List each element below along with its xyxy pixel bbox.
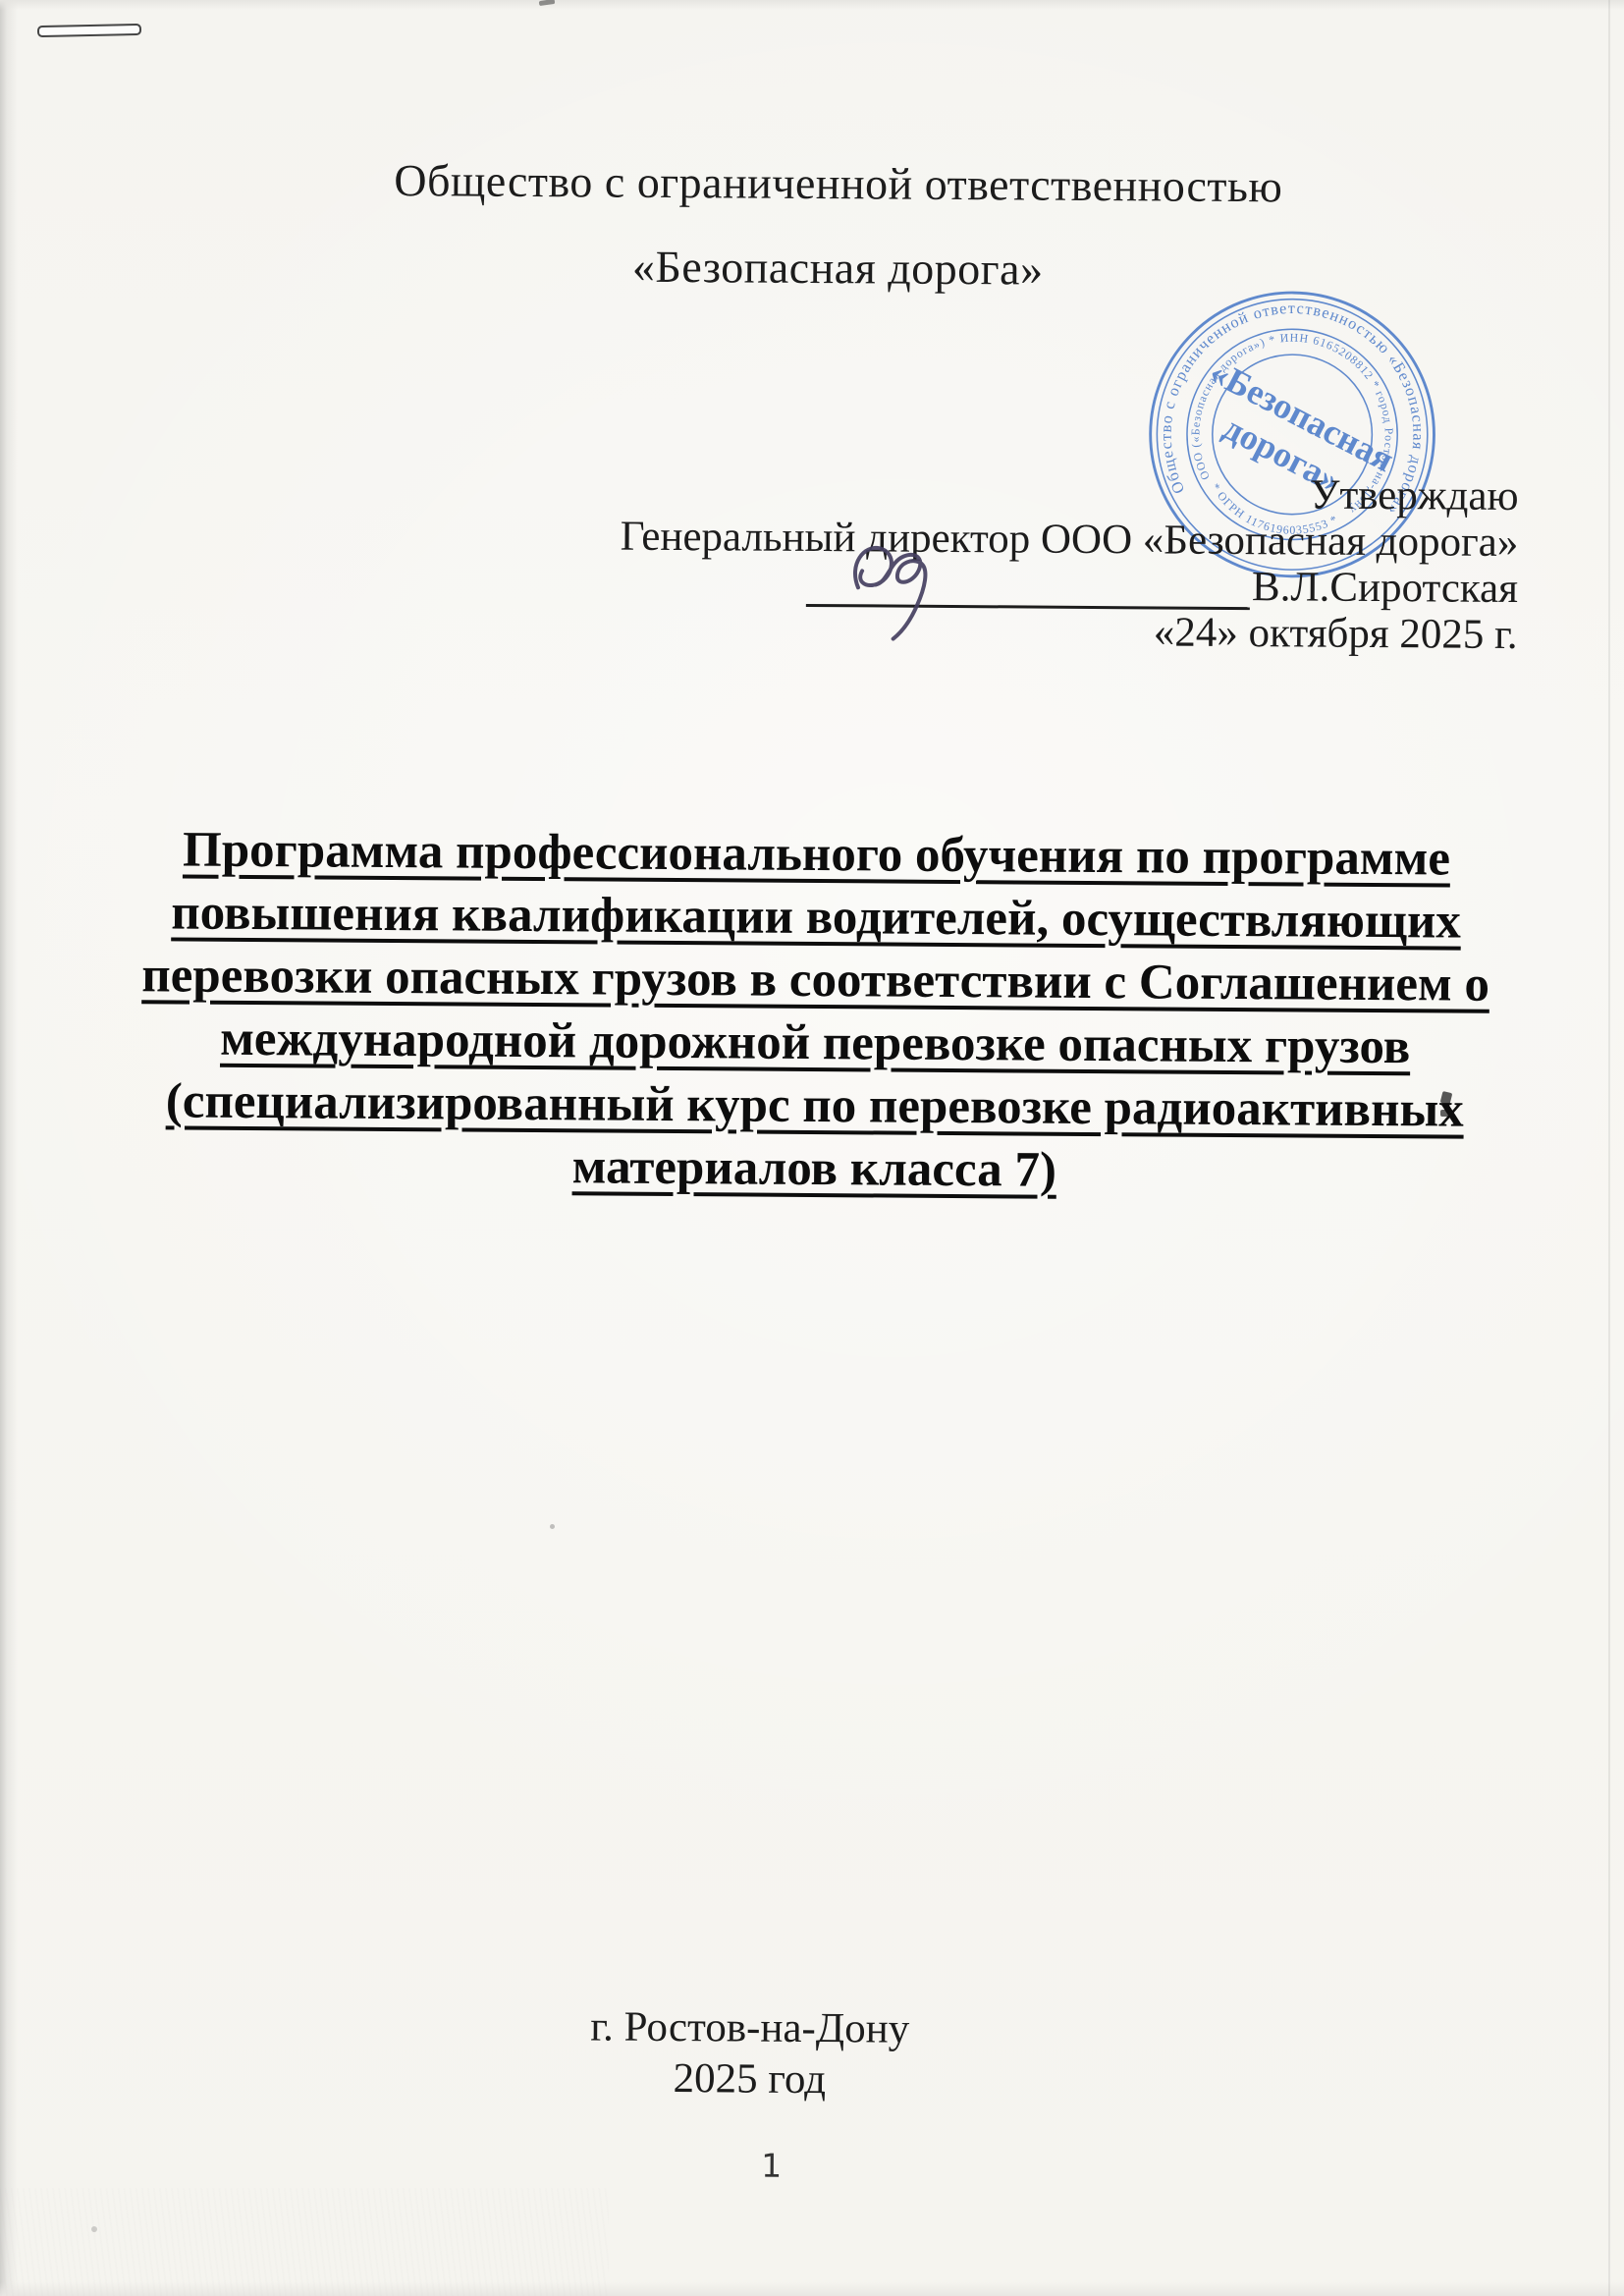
document-title: Программа профессионального обучения по … — [98, 818, 1534, 1205]
title-line: Программа профессионального обучения по … — [100, 818, 1533, 891]
footer-block: г. Ростов-на-Дону 2025 год — [504, 2001, 996, 2106]
signature-row: В.Л.Сиротская — [620, 560, 1518, 612]
signatory-name: В.Л.Сиротская — [1252, 564, 1518, 612]
org-name-line-1: Общество с ограниченной ответственностью — [46, 152, 1624, 215]
director-line: Генеральный директор ООО «Безопасная дор… — [621, 514, 1519, 566]
title-line: международной дорожной перевозке опасных… — [99, 1007, 1532, 1079]
title-line: (специализированный курс по перевозке ра… — [98, 1069, 1531, 1142]
page-number: 1 — [747, 2147, 796, 2185]
footer-year: 2025 год — [504, 2052, 995, 2106]
title-line: материалов класса 7) — [98, 1132, 1531, 1205]
approval-date: «24» октября 2025 г. — [620, 606, 1518, 658]
title-line: перевозки опасных грузов в соответствии … — [99, 944, 1532, 1016]
handwritten-signature — [837, 530, 985, 644]
approval-block: Утверждаю Генеральный директор ООО «Безо… — [620, 467, 1519, 658]
scanned-document-page: Общество с ограниченной ответственностью… — [0, 0, 1624, 2296]
title-line: повышения квалификации водителей, осущес… — [99, 881, 1532, 954]
document-content: Общество с ограниченной ответственностью… — [0, 0, 1624, 2296]
approve-label: Утверждаю — [621, 467, 1519, 519]
footer-city: г. Ростов-на-Дону — [505, 2001, 996, 2055]
